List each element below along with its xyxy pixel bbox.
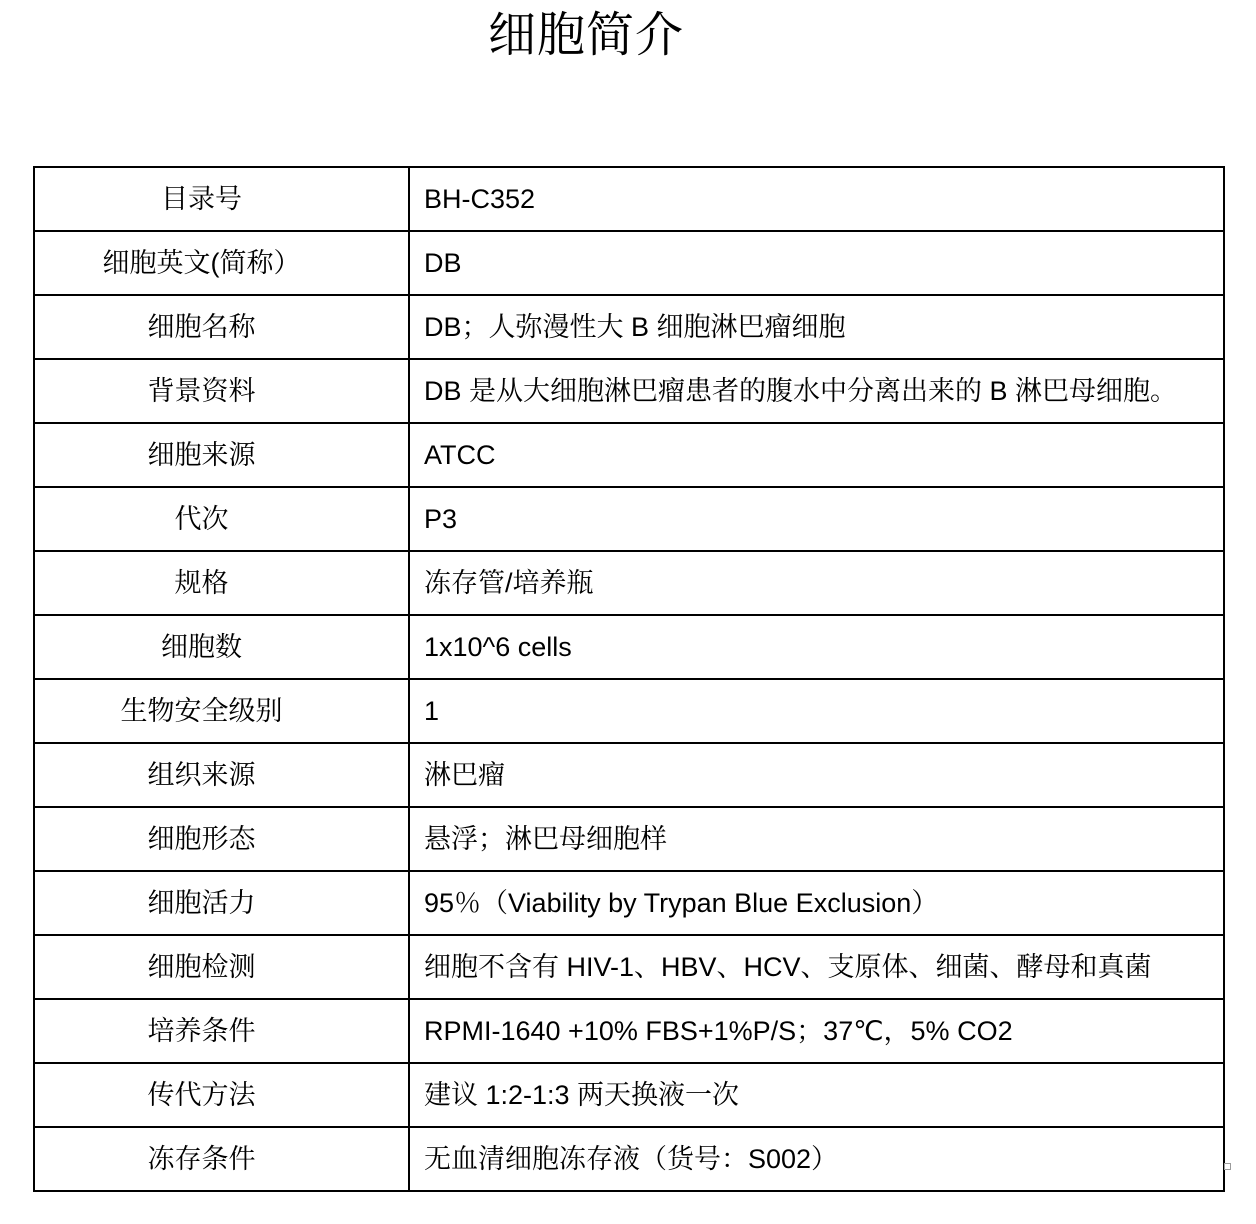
row-value: 无血清细胞冻存液（货号：S002）	[409, 1127, 1224, 1191]
row-label: 细胞来源	[34, 423, 409, 487]
table-row: 目录号 BH-C352	[34, 167, 1224, 231]
row-label: 细胞活力	[34, 871, 409, 935]
table-row: 细胞数 1x10^6 cells	[34, 615, 1224, 679]
row-value: DB	[409, 231, 1224, 295]
table-row: 培养条件 RPMI-1640 +10% FBS+1%P/S；37℃，5% CO2	[34, 999, 1224, 1063]
row-label: 细胞英文(简称）	[34, 231, 409, 295]
row-value: 悬浮；淋巴母细胞样	[409, 807, 1224, 871]
table-row: 背景资料 DB 是从大细胞淋巴瘤患者的腹水中分离出来的 B 淋巴母细胞。	[34, 359, 1224, 423]
row-value: P3	[409, 487, 1224, 551]
page-title: 细胞简介	[0, 0, 1172, 67]
row-value: 细胞不含有 HIV-1、HBV、HCV、支原体、细菌、酵母和真菌	[409, 935, 1224, 999]
row-value: RPMI-1640 +10% FBS+1%P/S；37℃，5% CO2	[409, 999, 1224, 1063]
row-label: 培养条件	[34, 999, 409, 1063]
row-label: 代次	[34, 487, 409, 551]
cell-info-table: 目录号 BH-C352 细胞英文(简称） DB 细胞名称 DB；人弥漫性大 B …	[33, 166, 1225, 1192]
row-value: 冻存管/培养瓶	[409, 551, 1224, 615]
row-value: 1	[409, 679, 1224, 743]
row-value: DB；人弥漫性大 B 细胞淋巴瘤细胞	[409, 295, 1224, 359]
document-page: 细胞简介 目录号 BH-C352 细胞英文(简称） DB 细胞名称 DB；人弥漫…	[0, 0, 1256, 1224]
row-label: 生物安全级别	[34, 679, 409, 743]
row-label: 细胞检测	[34, 935, 409, 999]
table-row: 细胞英文(简称） DB	[34, 231, 1224, 295]
title-container: 细胞简介	[0, 0, 1172, 68]
row-label: 细胞形态	[34, 807, 409, 871]
row-value: DB 是从大细胞淋巴瘤患者的腹水中分离出来的 B 淋巴母细胞。	[409, 359, 1224, 423]
row-label: 背景资料	[34, 359, 409, 423]
row-label: 冻存条件	[34, 1127, 409, 1191]
cell-info-table-body: 目录号 BH-C352 细胞英文(简称） DB 细胞名称 DB；人弥漫性大 B …	[34, 167, 1224, 1191]
table-row: 生物安全级别 1	[34, 679, 1224, 743]
row-label: 目录号	[34, 167, 409, 231]
table-row: 代次 P3	[34, 487, 1224, 551]
table-row: 传代方法 建议 1:2-1:3 两天换液一次	[34, 1063, 1224, 1127]
table-row: 规格 冻存管/培养瓶	[34, 551, 1224, 615]
row-label: 规格	[34, 551, 409, 615]
row-label: 传代方法	[34, 1063, 409, 1127]
table-row: 冻存条件 无血清细胞冻存液（货号：S002）	[34, 1127, 1224, 1191]
table-row: 组织来源 淋巴瘤	[34, 743, 1224, 807]
row-value: BH-C352	[409, 167, 1224, 231]
row-value: 1x10^6 cells	[409, 615, 1224, 679]
table-row: 细胞形态 悬浮；淋巴母细胞样	[34, 807, 1224, 871]
table-row: 细胞检测 细胞不含有 HIV-1、HBV、HCV、支原体、细菌、酵母和真菌	[34, 935, 1224, 999]
table-row: 细胞来源 ATCC	[34, 423, 1224, 487]
row-value: 淋巴瘤	[409, 743, 1224, 807]
row-value: 建议 1:2-1:3 两天换液一次	[409, 1063, 1224, 1127]
row-value: 95％（Viability by Trypan Blue Exclusion）	[409, 871, 1224, 935]
table-row: 细胞活力 95％（Viability by Trypan Blue Exclus…	[34, 871, 1224, 935]
row-label: 细胞名称	[34, 295, 409, 359]
row-label: 组织来源	[34, 743, 409, 807]
row-label: 细胞数	[34, 615, 409, 679]
table-row: 细胞名称 DB；人弥漫性大 B 细胞淋巴瘤细胞	[34, 295, 1224, 359]
row-value: ATCC	[409, 423, 1224, 487]
table-resize-handle[interactable]	[1224, 1163, 1231, 1170]
